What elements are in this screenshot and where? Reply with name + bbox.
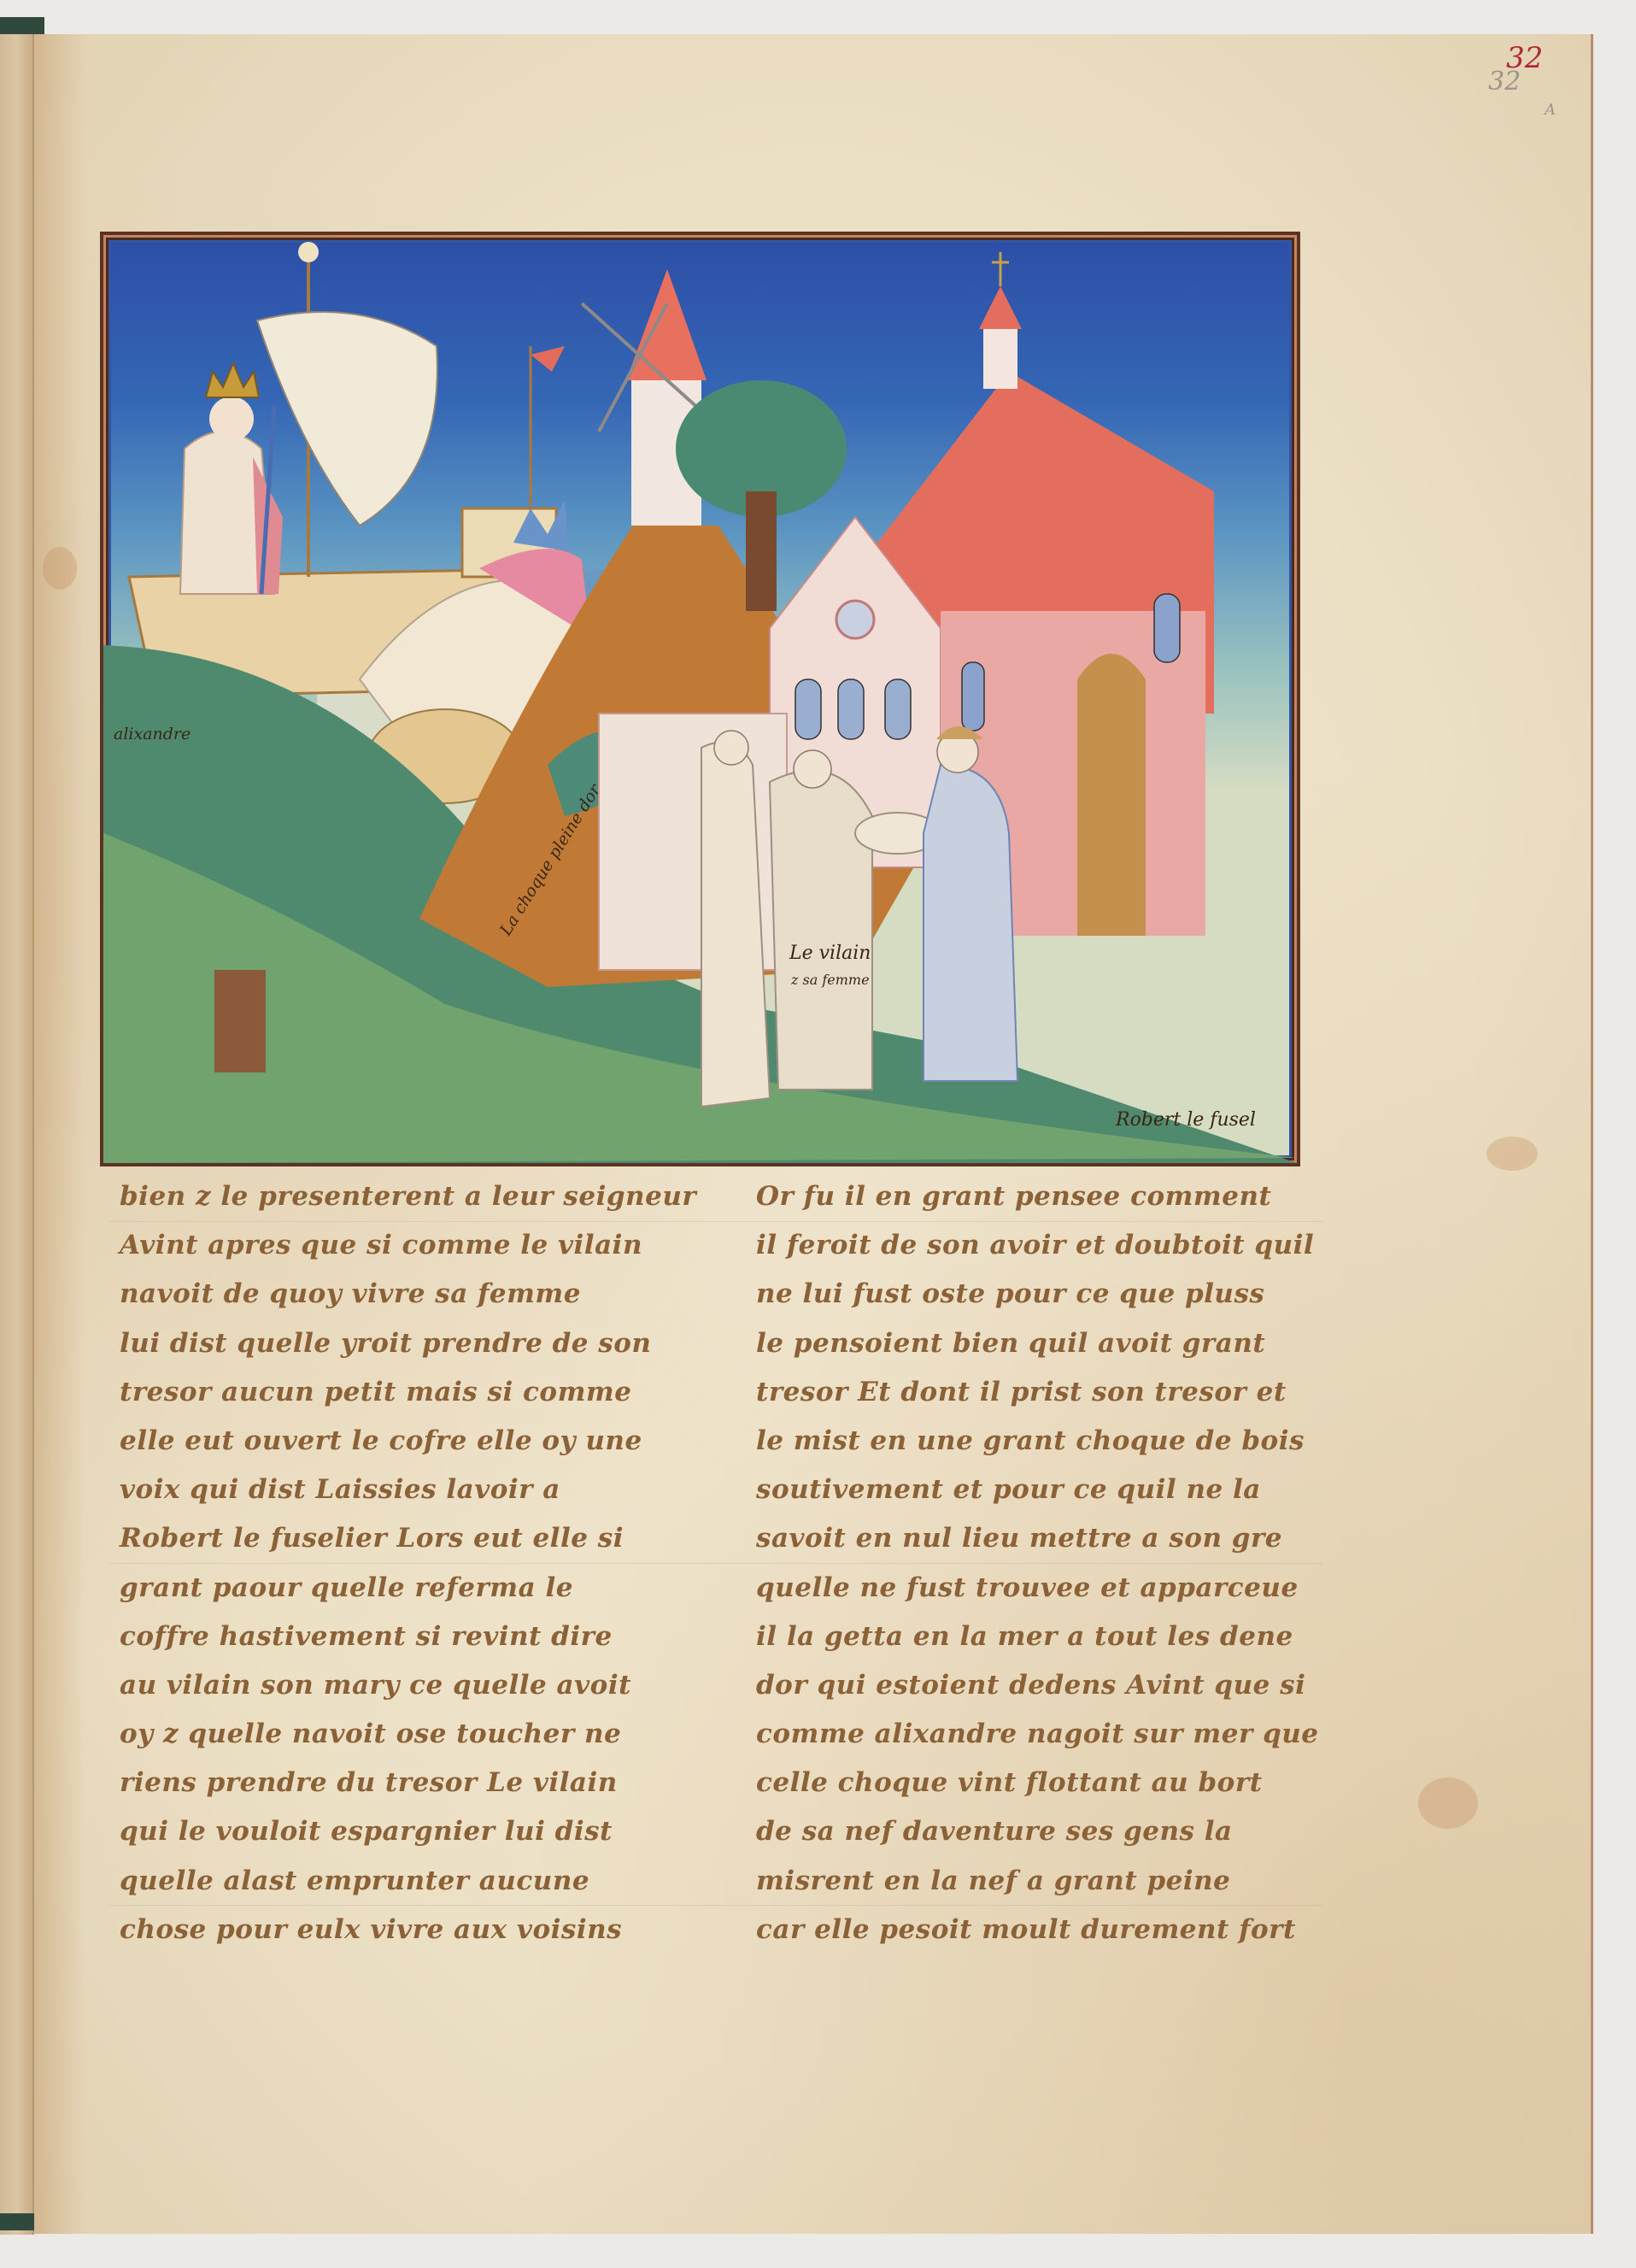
church-door	[1077, 654, 1146, 936]
text-line: lui dist quelle yroit prendre de son	[120, 1319, 649, 1368]
text-column-right: Or fu il en grant pensee comment il fero…	[756, 1172, 1303, 1954]
text-line: qui le vouloit espargnier lui dist	[120, 1807, 649, 1856]
text-line: coffre hastivement si revint dire	[120, 1613, 649, 1661]
king-head	[209, 397, 254, 441]
text-line: ne lui fust oste pour ce que pluss	[756, 1270, 1303, 1319]
text-line: tresor Et dont il prist son tresor et	[756, 1368, 1303, 1417]
folio-mark: A	[1545, 101, 1556, 119]
miniature-illustration: alixandre La choque pleine dor Le vilain…	[100, 232, 1300, 1166]
text-line: bien z le presenterent a leur seigneur	[120, 1172, 649, 1221]
text-line: savoit en nul lieu mettre a son gre	[756, 1514, 1303, 1563]
steeple-roof	[979, 286, 1022, 329]
text-line: Or fu il en grant pensee comment	[756, 1172, 1303, 1221]
church-window	[838, 679, 864, 739]
foxing-stain	[1418, 1777, 1478, 1829]
church-window	[1154, 594, 1180, 662]
gutter-shadow	[34, 34, 85, 2234]
text-line: le mist en une grant choque de bois	[756, 1417, 1303, 1466]
text-line: grant paour quelle referma le	[120, 1564, 649, 1613]
mast-top	[298, 242, 319, 262]
text-line: Robert le fuselier Lors eut elle si	[120, 1514, 649, 1563]
rose-window	[836, 601, 874, 638]
pennant-flag	[531, 346, 565, 372]
church-window	[962, 662, 984, 731]
text-line: oy z quelle navoit ose toucher ne	[120, 1710, 649, 1759]
text-line: quelle ne fust trouvee et apparceue	[756, 1564, 1303, 1613]
windmill-roof	[626, 269, 707, 380]
binding-cloth-top	[0, 17, 44, 36]
text-line: elle eut ouvert le cofre elle oy une	[120, 1417, 649, 1466]
text-line: au vilain son mary ce quelle avoit	[120, 1661, 649, 1710]
miniature-scene	[103, 235, 1297, 1163]
church-window	[885, 679, 911, 739]
figure-robert	[924, 765, 1017, 1081]
text-line: celle choque vint flottant au bort	[756, 1759, 1303, 1807]
text-line: riens prendre du tresor Le vilain	[120, 1759, 649, 1807]
text-line: misrent en la nef a grant peine	[756, 1857, 1303, 1906]
foxing-stain	[1486, 1137, 1538, 1171]
text-line: quelle alast emprunter aucune	[120, 1857, 649, 1906]
text-line: tresor aucun petit mais si comme	[120, 1368, 649, 1417]
text-line: navoit de quoy vivre sa femme	[120, 1270, 649, 1319]
text-line: dor qui estoient dedens Avint que si	[756, 1661, 1303, 1710]
text-column-left: bien z le presenterent a leur seigneur A…	[120, 1172, 649, 1954]
church-window	[795, 679, 821, 739]
text-line: de sa nef daventure ses gens la	[756, 1807, 1303, 1856]
text-line: il feroit de son avoir et doubtoit quil	[756, 1221, 1303, 1270]
text-line: voix qui dist Laissies lavoir a	[120, 1466, 649, 1514]
text-line: Avint apres que si comme le vilain	[120, 1221, 649, 1270]
text-line: chose pour eulx vivre aux voisins	[120, 1906, 649, 1954]
church-steeple	[983, 329, 1017, 389]
caption-alexander: alixandre	[114, 725, 191, 743]
folio-number-pencil: 32	[1488, 67, 1521, 97]
tree-trunk	[746, 491, 777, 611]
crown-icon	[206, 363, 259, 397]
caption-villein: Le vilain	[789, 943, 871, 964]
text-line: comme alixandre nagoit sur mer que	[756, 1710, 1303, 1759]
ship-sail	[257, 312, 437, 526]
foxing-stain	[43, 547, 77, 590]
book-spine-edge	[0, 34, 34, 2235]
text-line: soutivement et pour ce quil ne la	[756, 1466, 1303, 1514]
caption-robert: Robert le fusel	[1116, 1109, 1256, 1131]
text-line: il la getta en la mer a tout les dene	[756, 1613, 1303, 1661]
text-line: le pensoient bien quil avoit grant	[756, 1319, 1303, 1368]
tree-stump	[214, 970, 266, 1072]
caption-wife: z sa femme	[791, 972, 870, 988]
figure-villein	[770, 771, 872, 1090]
text-line: car elle pesoit moult durement fort	[756, 1906, 1303, 1954]
